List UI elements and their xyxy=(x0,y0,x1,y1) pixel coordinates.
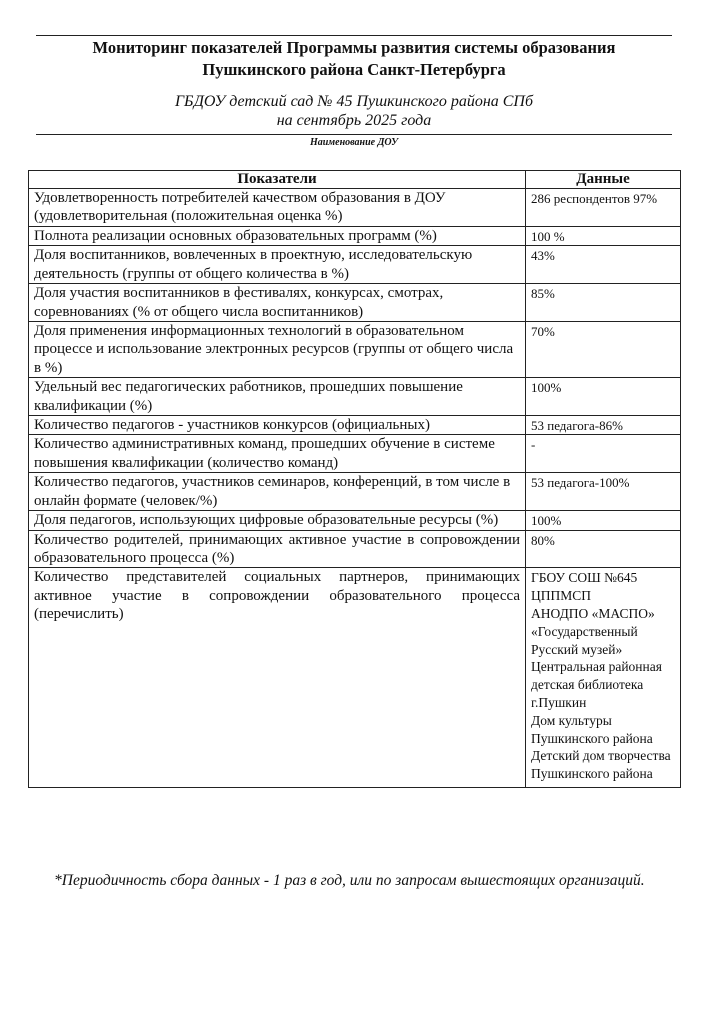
top-rule xyxy=(36,35,672,36)
table-row: Полнота реализации основных образователь… xyxy=(29,226,681,246)
indicator-cell: Удельный вес педагогических работников, … xyxy=(29,378,526,416)
table-row: Доля участия воспитанников в фестивалях,… xyxy=(29,284,681,322)
column-header-data: Данные xyxy=(526,171,681,189)
footnote: *Периодичность сбора данных - 1 раз в го… xyxy=(30,871,670,891)
table-row: Количество педагогов - участников конкур… xyxy=(29,415,681,435)
indicator-cell: Количество представителей социальных пар… xyxy=(29,568,526,788)
partner-item: ГБОУ СОШ №645 xyxy=(531,569,675,587)
value-cell: 286 респондентов 97% xyxy=(526,189,681,227)
table-row: Количество представителей социальных пар… xyxy=(29,568,681,788)
title-line-2: Пушкинского района Санкт-Петербурга xyxy=(36,59,672,81)
value-cell: 53 педагога-86% xyxy=(526,415,681,435)
column-header-indicators: Показатели xyxy=(29,171,526,189)
table-row: Удельный вес педагогических работников, … xyxy=(29,378,681,416)
table-header-row: Показатели Данные xyxy=(29,171,681,189)
institution-block: ГБДОУ детский сад № 45 Пушкинского район… xyxy=(36,92,672,130)
value-cell: 100% xyxy=(526,378,681,416)
indicators-table: Показатели Данные Удовлетворенность потр… xyxy=(28,170,681,788)
value-cell: 80% xyxy=(526,530,681,568)
indicator-cell: Доля участия воспитанников в фестивалях,… xyxy=(29,284,526,322)
indicator-cell: Удовлетворенность потребителей качеством… xyxy=(29,189,526,227)
table-row: Количество административных команд, прош… xyxy=(29,435,681,473)
indicator-cell: Количество административных команд, прош… xyxy=(29,435,526,473)
table-row: Количество родителей, принимающих активн… xyxy=(29,530,681,568)
partner-item: Дом культуры Пушкинского района xyxy=(531,712,675,748)
institution-caption: Наименование ДОУ xyxy=(36,137,672,149)
title-line-1: Мониторинг показателей Программы развити… xyxy=(36,37,672,59)
value-cell: 100 % xyxy=(526,226,681,246)
institution-name: ГБДОУ детский сад № 45 Пушкинского район… xyxy=(36,92,672,111)
value-cell: 100% xyxy=(526,511,681,531)
value-cell: - xyxy=(526,435,681,473)
partners-list-cell: ГБОУ СОШ №645 ЦППМСП АНОДПО «МАСПО» «Гос… xyxy=(526,568,681,788)
report-period: на сентябрь 2025 года xyxy=(36,111,672,130)
value-cell: 43% xyxy=(526,246,681,284)
partner-item: Центральная районная детская библиотека … xyxy=(531,658,675,711)
indicator-cell: Полнота реализации основных образователь… xyxy=(29,226,526,246)
value-cell: 53 педагога-100% xyxy=(526,473,681,511)
table-row: Доля педагогов, использующих цифровые об… xyxy=(29,511,681,531)
value-text: 286 респондентов 97% xyxy=(531,191,657,206)
table-row: Удовлетворенность потребителей качеством… xyxy=(29,189,681,227)
partner-item: Детский дом творчества Пушкинского район… xyxy=(531,747,675,783)
indicator-cell: Доля педагогов, использующих цифровые об… xyxy=(29,511,526,531)
indicator-cell: Количество педагогов, участников семинар… xyxy=(29,473,526,511)
table-row: Доля применения информационных технологи… xyxy=(29,321,681,377)
indicator-cell: Количество родителей, принимающих активн… xyxy=(29,530,526,568)
value-cell: 70% xyxy=(526,321,681,377)
document-title: Мониторинг показателей Программы развити… xyxy=(36,37,672,81)
value-cell: 85% xyxy=(526,284,681,322)
table-row: Количество педагогов, участников семинар… xyxy=(29,473,681,511)
indicator-cell: Доля воспитанников, вовлеченных в проект… xyxy=(29,246,526,284)
institution-rule xyxy=(36,134,672,135)
partner-item: «Государственный Русский музей» xyxy=(531,623,675,659)
indicator-cell: Доля применения информационных технологи… xyxy=(29,321,526,377)
partner-item: ЦППМСП xyxy=(531,587,675,605)
partner-item: АНОДПО «МАСПО» xyxy=(531,605,675,623)
indicator-cell: Количество педагогов - участников конкур… xyxy=(29,415,526,435)
table-row: Доля воспитанников, вовлеченных в проект… xyxy=(29,246,681,284)
